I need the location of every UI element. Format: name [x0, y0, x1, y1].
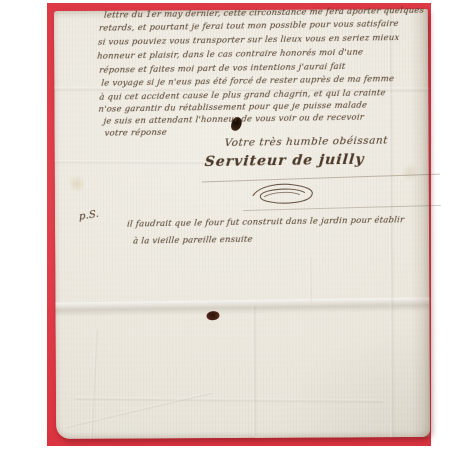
signature: Serviteur de juilly — [204, 152, 365, 171]
paper-edge-shadow — [410, 9, 430, 437]
paraph-flourish — [247, 180, 322, 208]
closing-line: Votre très humble obéissant — [224, 135, 388, 150]
letter-line: le voyage si je n'eus pas été forcé de r… — [101, 74, 395, 89]
postscript-line: à la vieille pareille ensuite — [133, 235, 254, 247]
fold-crease — [309, 258, 312, 303]
fold-crease — [252, 306, 257, 436]
letter-line: je suis en attendant l'honneur de vous v… — [103, 113, 364, 127]
fold-crease — [76, 397, 383, 404]
letter-line: réponse et faites moi part de vos intent… — [99, 62, 346, 76]
letter-paper: lettre du 1er may dernier, cette circons… — [54, 9, 430, 439]
ink-blot — [206, 310, 220, 321]
red-backdrop: lettre du 1er may dernier, cette circons… — [47, 3, 431, 446]
stain — [68, 175, 86, 193]
postscript-marker: p.S. — [79, 209, 100, 223]
letter-line: honneur et plaisir, dans le cas contrair… — [97, 48, 364, 62]
postscript-line: il faudrait que le four fut construit da… — [127, 215, 405, 229]
letter-line: votre réponse — [104, 128, 167, 139]
main-fold-crease — [55, 297, 429, 316]
letter-line: retards, et pourtant je ferai tout mon p… — [99, 19, 400, 34]
fold-crease — [90, 329, 98, 439]
fold-crease — [66, 391, 213, 428]
paper-shading — [209, 277, 430, 438]
stain — [403, 161, 417, 183]
letter-line: si vous pouviez vous transporter sur les… — [98, 33, 400, 48]
listing-photo: lettre du 1er may dernier, cette circons… — [0, 0, 450, 450]
